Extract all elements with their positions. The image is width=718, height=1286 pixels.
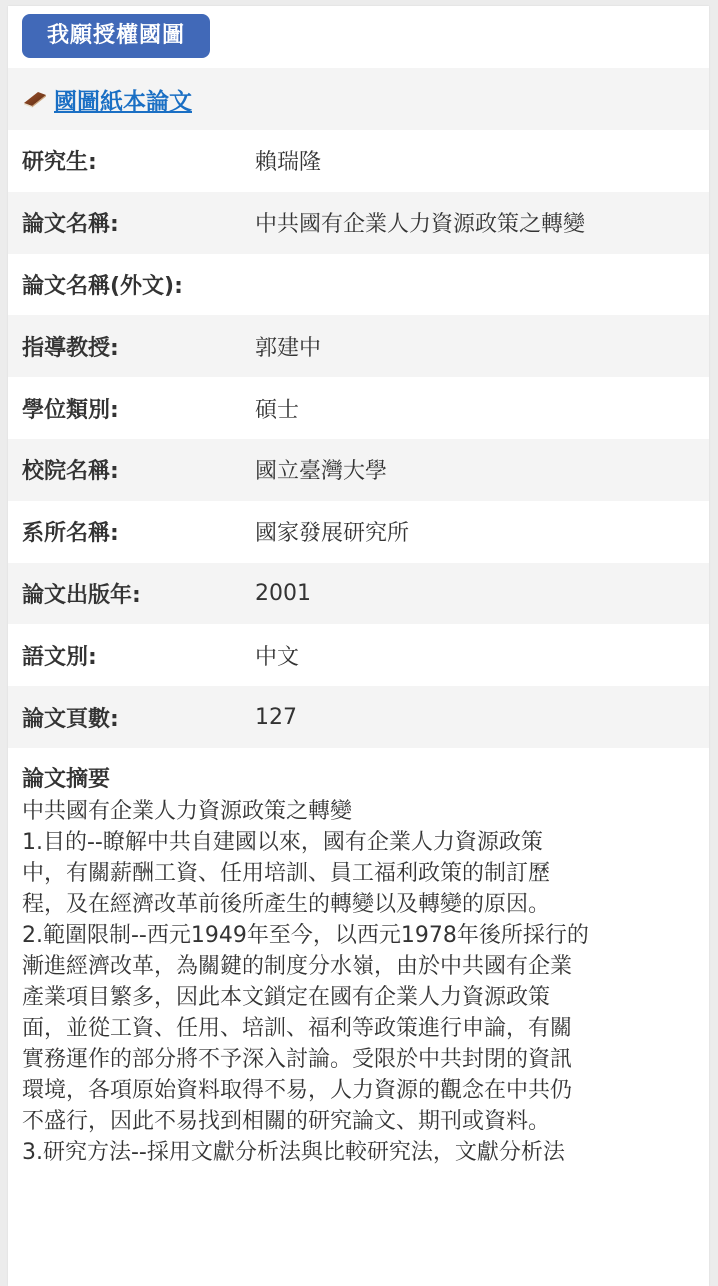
field-label: 論文頁數:: [8, 702, 255, 733]
field-row-department: 系所名稱: 國家發展研究所: [8, 501, 709, 563]
field-row-title-foreign: 論文名稱(外文):: [8, 254, 709, 316]
authorization-row: 我願授權國圖: [8, 6, 709, 68]
field-value: 國立臺灣大學: [255, 454, 387, 485]
abstract-line: 不盛行，因此不易找到相關的研究論文、期刊或資料。: [22, 1106, 698, 1137]
abstract-line: 程，及在經濟改革前後所產生的轉變以及轉變的原因。: [22, 889, 698, 920]
abstract-body: 中共國有企業人力資源政策之轉變 1.目的--瞭解中共自建國以來，國有企業人力資源…: [22, 796, 698, 1168]
abstract-line: 環境，各項原始資料取得不易，人力資源的觀念在中共仍: [22, 1075, 698, 1106]
field-row-language: 語文別: 中文: [8, 624, 709, 686]
authorize-ncl-button[interactable]: 我願授權國圖: [22, 14, 210, 58]
field-row-year: 論文出版年: 2001: [8, 563, 709, 625]
abstract-line: 1.目的--瞭解中共自建國以來，國有企業人力資源政策: [22, 827, 698, 858]
abstract-line: 3.研究方法--採用文獻分析法與比較研究法，文獻分析法: [22, 1137, 698, 1168]
thesis-detail-page: 我願授權國圖 國圖紙本論文 研究生: 賴瑞隆 論文名稱: 中共國有企業人力資源政…: [8, 6, 709, 1280]
field-value: 碩士: [255, 393, 299, 424]
abstract-line: 產業項目繁多，因此本文鎖定在國有企業人力資源政策: [22, 982, 698, 1013]
field-value: 國家發展研究所: [255, 516, 409, 547]
field-label: 系所名稱:: [8, 516, 255, 547]
field-value: 127: [255, 705, 297, 730]
abstract-line: 中共國有企業人力資源政策之轉變: [22, 796, 698, 827]
field-label: 論文出版年:: [8, 578, 255, 609]
field-row-degree: 學位類別: 碩士: [8, 377, 709, 439]
book-icon: [22, 90, 48, 108]
field-value: 中文: [255, 640, 299, 671]
abstract-line: 漸進經濟改革，為關鍵的制度分水嶺，由於中共國有企業: [22, 951, 698, 982]
ncl-paper-thesis-link[interactable]: 國圖紙本論文: [54, 83, 192, 116]
field-row-student: 研究生: 賴瑞隆: [8, 130, 709, 192]
field-label: 論文名稱:: [8, 207, 255, 238]
abstract-title: 論文摘要: [22, 764, 695, 796]
field-label: 學位類別:: [8, 393, 255, 424]
field-label: 校院名稱:: [8, 454, 255, 485]
abstract-line: 中，有關薪酬工資、任用培訓、員工福利政策的制訂歷: [22, 858, 698, 889]
field-value: 中共國有企業人力資源政策之轉變: [255, 207, 585, 238]
field-row-pages: 論文頁數: 127: [8, 686, 709, 748]
field-row-title: 論文名稱: 中共國有企業人力資源政策之轉變: [8, 192, 709, 254]
field-value: 賴瑞隆: [255, 145, 321, 176]
field-value: 2001: [255, 581, 311, 606]
abstract-section: 論文摘要 中共國有企業人力資源政策之轉變 1.目的--瞭解中共自建國以來，國有企…: [8, 748, 709, 1168]
field-label: 論文名稱(外文):: [8, 269, 255, 300]
field-label: 指導教授:: [8, 331, 255, 362]
abstract-line: 實務運作的部分將不予深入討論。受限於中共封閉的資訊: [22, 1044, 698, 1075]
field-row-school: 校院名稱: 國立臺灣大學: [8, 439, 709, 501]
field-label: 研究生:: [8, 145, 255, 176]
field-label: 語文別:: [8, 640, 255, 671]
field-value: 郭建中: [255, 331, 321, 362]
abstract-line: 2.範圍限制--西元1949年至今，以西元1978年後所採行的: [22, 920, 698, 951]
field-row-advisor: 指導教授: 郭建中: [8, 315, 709, 377]
abstract-line: 面，並從工資、任用、培訓、福利等政策進行申論，有關: [22, 1013, 698, 1044]
paper-copy-row: 國圖紙本論文: [8, 68, 709, 130]
